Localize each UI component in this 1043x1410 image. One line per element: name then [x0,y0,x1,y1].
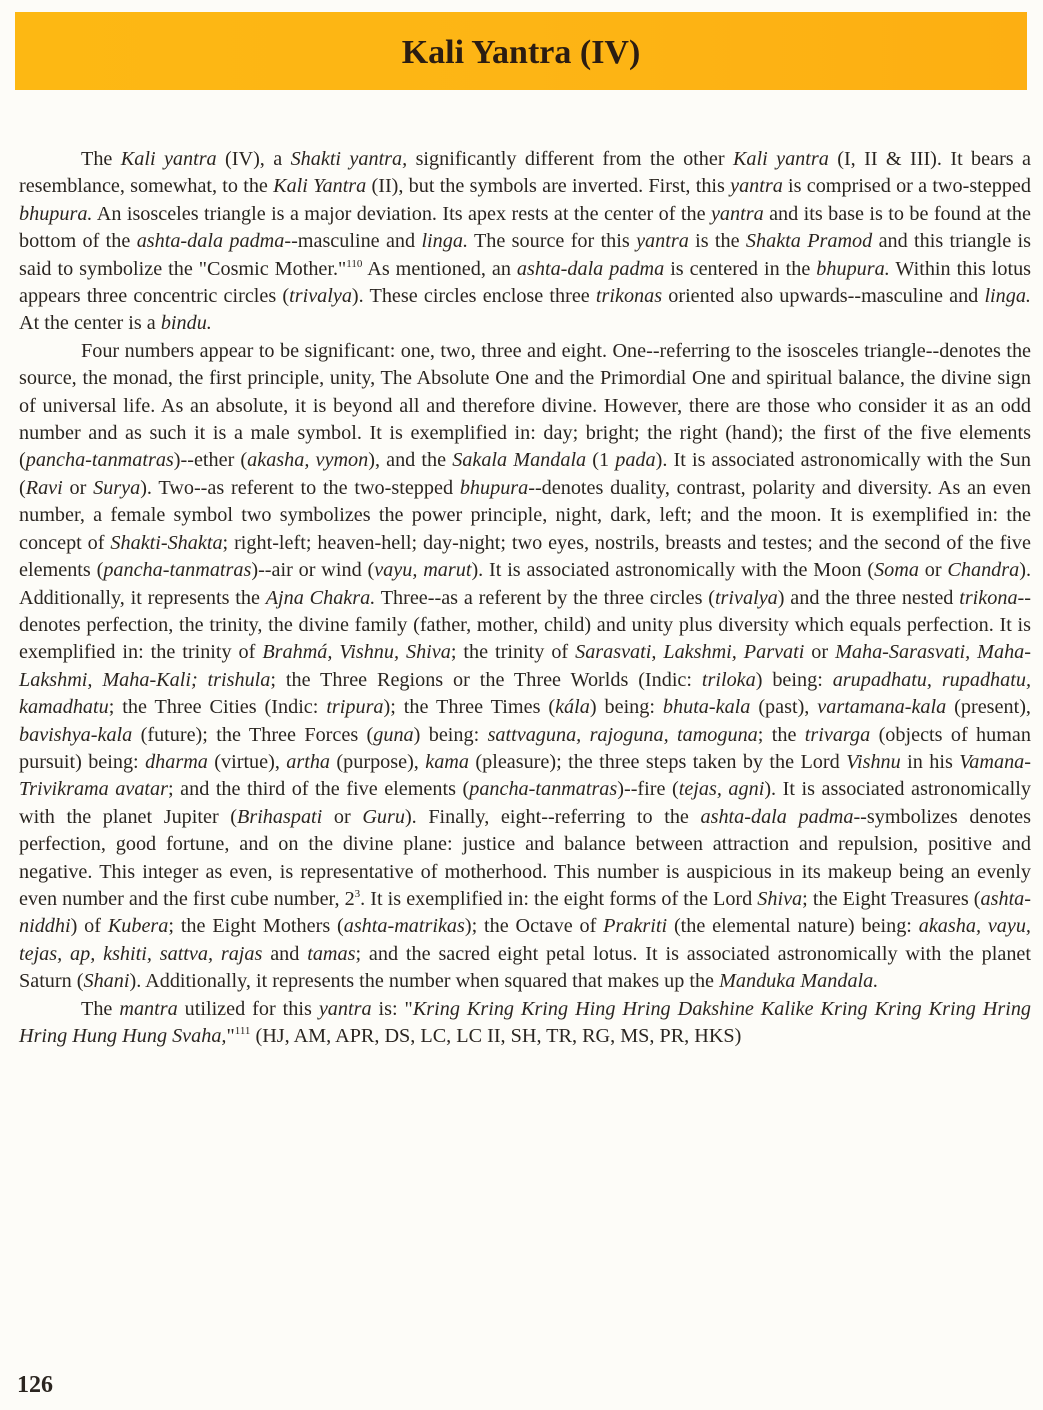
italic-term: triloka [702,669,756,691]
italic-term: bindu. [161,312,212,334]
italic-term: Sakala Mandala [452,449,586,471]
italic-term: kama [425,751,469,773]
italic-term: trikona [959,587,1017,609]
italic-term: linga. [984,285,1031,307]
italic-term: linga. [421,230,468,252]
italic-term: yantra [636,230,689,252]
italic-term: Shakti-Shakta [110,532,222,554]
italic-term: pancha-tanmatras [103,559,251,581]
paragraph-numbers: Four numbers appear to be significant: o… [19,338,1031,996]
italic-term: Surya [93,477,140,499]
italic-term: trivalya [715,587,778,609]
italic-term: tripura [326,696,383,718]
italic-term: Kali yantra [733,148,829,170]
italic-term: tejas, agni [679,778,765,800]
italic-term: bhupura. [19,203,92,225]
italic-term: Sarasvati, Lakshmi, Parvati [575,641,804,663]
italic-term: artha [286,751,330,773]
italic-term: Guru [362,806,405,828]
italic-term: Soma [874,559,919,581]
italic-term: Prakriti [603,915,667,937]
italic-term: kála [555,696,590,718]
article-body: The Kali yantra (IV), a Shakti yantra, s… [19,146,1031,1050]
italic-term: pancha-tanmatras [26,449,174,471]
italic-term: bhupura [460,477,528,499]
italic-term: Shakta Pramod [746,230,872,252]
italic-term: guna [373,724,413,746]
italic-term: ashta-matrikas [344,915,465,937]
footnote-marker: 110 [346,258,362,270]
italic-term: trivalya [289,285,352,307]
italic-term: pancha-tanmatras [469,778,617,800]
italic-term: bhuta-kala [663,696,750,718]
italic-term: ashta-dala padma [701,806,854,828]
italic-term: yantra [711,203,764,225]
italic-term: Brihaspati [237,806,322,828]
italic-term: Chandra [947,559,1019,581]
paragraph-intro: The Kali yantra (IV), a Shakti yantra, s… [19,146,1031,338]
italic-term: Vishnu [846,751,901,773]
italic-term: Ravi [26,477,63,499]
title-banner: Kali Yantra (IV) [15,12,1027,90]
italic-term: Shani [83,970,129,992]
italic-term: Shiva [757,888,802,910]
italic-term: tamas [307,943,355,965]
italic-term: trivarga [805,724,870,746]
italic-term: yantra [730,175,783,197]
italic-term: yantra [319,998,372,1020]
italic-term: bavishya-kala [19,724,132,746]
italic-term: trikonas [596,285,662,307]
italic-term: akasha, vayu, tejas, ap, kshiti, sattva,… [19,915,1031,964]
italic-term: ashta-dala padma [517,258,664,280]
italic-term: vartamana-kala [817,696,946,718]
paragraph-mantra: The mantra utilized for this yantra is: … [19,996,1031,1051]
page-title: Kali Yantra (IV) [402,34,641,72]
italic-term: Brahmá, Vishnu, Shiva [262,641,450,663]
italic-term: sattvaguna, rajoguna, tamoguna [488,724,758,746]
italic-term: Shakti yantra, [291,148,408,170]
footnote-marker: 111 [235,1025,251,1037]
footnote-marker: 3 [355,888,361,900]
italic-term: akasha, vymon [247,449,368,471]
italic-term: Kubera [108,915,169,937]
italic-term: ashta-niddhi [19,888,1031,937]
italic-term: dharma [145,751,208,773]
italic-term: Kali yantra [121,148,217,170]
italic-term: pada [615,449,655,471]
italic-term: ashta-dala padma [137,230,285,252]
italic-term: bhupura. [816,258,889,280]
italic-term: Ajna Chakra. [266,587,376,609]
italic-term: Kali Yantra [273,175,366,197]
italic-term: mantra [119,998,177,1020]
italic-term: Manduka Mandala. [719,970,878,992]
italic-term: vayu, marut [374,559,471,581]
page-number: 126 [17,1372,53,1399]
